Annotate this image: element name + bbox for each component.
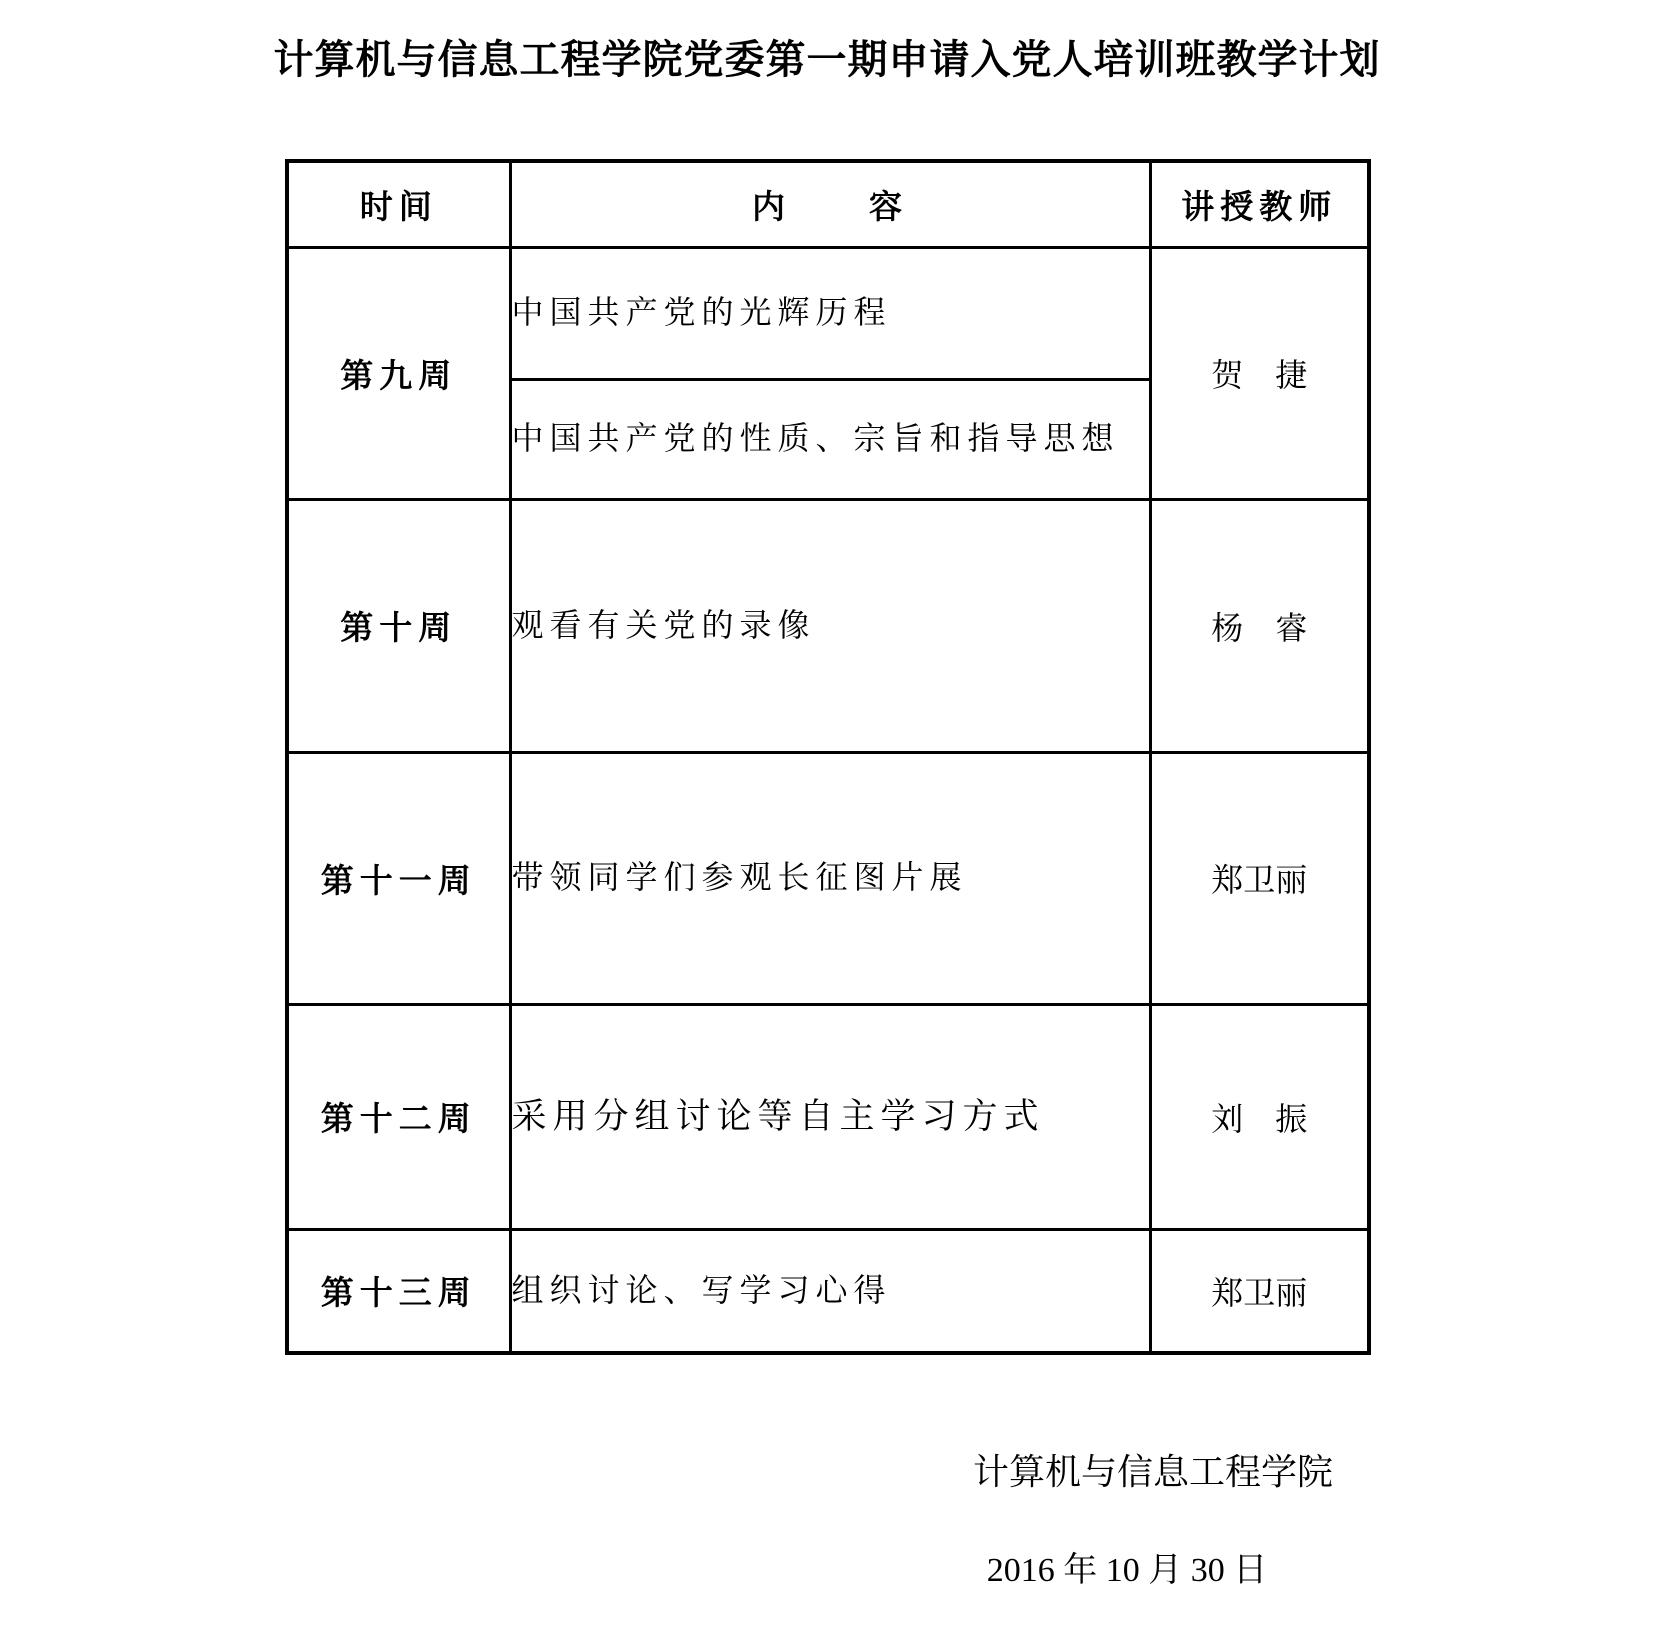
table-row-week10: 第十周 观看有关党的录像 杨 睿 bbox=[287, 499, 1369, 752]
content-cell-week10: 观看有关党的录像 bbox=[510, 499, 1150, 752]
content-cell-week9-item1: 中国共产党的光辉历程 bbox=[510, 247, 1150, 379]
week-cell-week10: 第十周 bbox=[287, 499, 510, 752]
teacher-cell-week9: 贺 捷 bbox=[1150, 247, 1369, 499]
footer-signature: 计算机与信息工程学院 bbox=[973, 1444, 1333, 1495]
content-cell-week13: 组织讨论、写学习心得 bbox=[510, 1229, 1150, 1353]
content-cell-week9-item2: 中国共产党的性质、宗旨和指导思想 bbox=[510, 379, 1150, 499]
table-header-row: 时间 内 容 讲授教师 bbox=[287, 161, 1369, 247]
teacher-cell-week10: 杨 睿 bbox=[1150, 499, 1369, 752]
schedule-table: 时间 内 容 讲授教师 第九周 中国共产党的光辉历程 贺 捷 中国共产党的性质、… bbox=[285, 159, 1371, 1355]
table-row-week12: 第十二周 采用分组讨论等自主学习方式 刘 振 bbox=[287, 1004, 1369, 1229]
table-row-week11: 第十一周 带领同学们参观长征图片展 郑卫丽 bbox=[287, 752, 1369, 1004]
week-cell-week11: 第十一周 bbox=[287, 752, 510, 1004]
column-header-time: 时间 bbox=[287, 161, 510, 247]
table-row-week13: 第十三周 组织讨论、写学习心得 郑卫丽 bbox=[287, 1229, 1369, 1353]
table-row-week9-part1: 第九周 中国共产党的光辉历程 贺 捷 bbox=[287, 247, 1369, 379]
content-cell-week12: 采用分组讨论等自主学习方式 bbox=[510, 1004, 1150, 1229]
content-cell-week11: 带领同学们参观长征图片展 bbox=[510, 752, 1150, 1004]
week-cell-week12: 第十二周 bbox=[287, 1004, 510, 1229]
week-cell-week13: 第十三周 bbox=[287, 1229, 510, 1353]
teacher-cell-week13: 郑卫丽 bbox=[1150, 1229, 1369, 1353]
page-title: 计算机与信息工程学院党委第一期申请入党人培训班教学计划 bbox=[0, 28, 1654, 85]
column-header-content: 内 容 bbox=[510, 161, 1150, 247]
week-cell-week9: 第九周 bbox=[287, 247, 510, 499]
column-header-teacher: 讲授教师 bbox=[1150, 161, 1369, 247]
teacher-cell-week12: 刘 振 bbox=[1150, 1004, 1369, 1229]
schedule-table-container: 时间 内 容 讲授教师 第九周 中国共产党的光辉历程 贺 捷 中国共产党的性质、… bbox=[285, 159, 1371, 1355]
teacher-cell-week11: 郑卫丽 bbox=[1150, 752, 1369, 1004]
footer-date: 2016 年 10 月 30 日 bbox=[987, 1542, 1268, 1591]
